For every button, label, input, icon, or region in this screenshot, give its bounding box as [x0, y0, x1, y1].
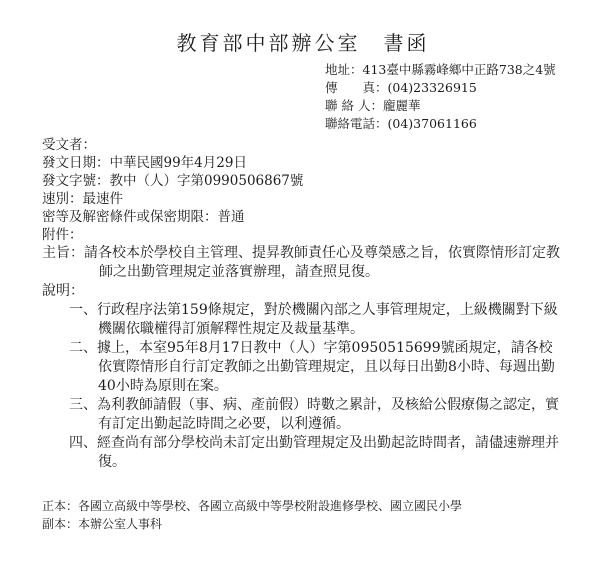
security-value: 普通	[218, 209, 245, 225]
phone-label: 聯絡電話：	[325, 116, 388, 131]
original-copy-label: 正本：	[42, 499, 78, 513]
issue-date-value: 中華民國99年4月29日	[110, 155, 247, 171]
description-item-number: 三、	[69, 397, 97, 413]
carbon-copy-value: 本辦公室人事科	[78, 517, 162, 531]
document-meta-block: 受文者： 發文日期：中華民國99年4月29日 發文字號：教中（人）字第09905…	[42, 136, 564, 244]
phone-value: (04)37061166	[388, 116, 477, 131]
address-label: 地址：	[325, 62, 363, 77]
address-line: 地址：413臺中縣霧峰鄉中正路738之4號	[325, 61, 564, 79]
issue-date-line: 發文日期：中華民國99年4月29日	[42, 154, 564, 172]
subject-label: 主旨：	[42, 245, 84, 261]
description-label: 說明：	[42, 282, 564, 301]
doc-number-line: 發文字號：教中（人）字第0990506867號	[42, 172, 564, 190]
description-item-text: 行政程序法第159條規定，對於機關內部之人事管理規定，上級機關對下級機關依職權得…	[97, 302, 558, 337]
carbon-copy-line: 副本：本辦公室人事科	[42, 516, 564, 534]
description-item-number: 一、	[69, 302, 97, 318]
issue-date-label: 發文日期：	[42, 155, 110, 171]
recipient-line: 受文者：	[42, 136, 564, 154]
phone-line: 聯絡電話：(04)37061166	[325, 115, 564, 133]
priority-label: 速別：	[42, 191, 83, 207]
subject-paragraph: 主旨：請各校本於學校自主管理、提昇教師責任心及尊榮感之旨，依實際情形訂定教師之出…	[42, 244, 564, 282]
attachment-line: 附件：	[42, 226, 564, 244]
doc-number-value: 教中（人）字第0990506867號	[110, 173, 304, 189]
sender-info-block: 地址：413臺中縣霧峰鄉中正路738之4號 傳 真：(04)23326915 聯…	[325, 61, 564, 133]
description-item: 三、為利教師請假（事、病、產前假）時數之累計，及核給公假療傷之認定，實有訂定出勤…	[69, 396, 564, 434]
contact-value: 龐麗華	[383, 98, 421, 113]
fax-value: (04)23326915	[388, 80, 477, 95]
carbon-copy-label: 副本：	[42, 517, 78, 531]
distribution-block: 正本：各國立高級中等學校、各國立高級中等學校附設進修學校、國立國民小學 副本：本…	[42, 498, 564, 533]
document-page: 教育部中部辦公室 書函 地址：413臺中縣霧峰鄉中正路738之4號 傳 真：(0…	[0, 0, 600, 566]
description-item: 二、據上，本室95年8月17日教中（人）字第0950515699號函規定，請各校…	[69, 339, 564, 396]
description-item-text: 經查尚有部分學校尚未訂定出勤管理規定及出勤起訖時間者，請儘速辦理并復。	[97, 435, 559, 470]
fax-label: 傳 真：	[325, 80, 388, 95]
subject-text: 請各校本於學校自主管理、提昇教師責任心及尊榮感之旨，依實際情形訂定教師之出勤管理…	[84, 245, 560, 280]
description-list: 一、行政程序法第159條規定，對於機關內部之人事管理規定，上級機關對下級機關依職…	[69, 301, 564, 472]
contact-line: 聯 絡 人：龐麗華	[325, 97, 564, 115]
contact-label: 聯 絡 人：	[325, 98, 383, 113]
security-label: 密等及解密條件或保密期限：	[42, 209, 218, 225]
description-item-number: 二、	[69, 340, 97, 356]
security-line: 密等及解密條件或保密期限：普通	[42, 208, 564, 226]
description-item-text: 據上，本室95年8月17日教中（人）字第0950515699號函規定，請各校依實…	[97, 340, 555, 394]
original-copy-line: 正本：各國立高級中等學校、各國立高級中等學校附設進修學校、國立國民小學	[42, 498, 564, 516]
original-copy-value: 各國立高級中等學校、各國立高級中等學校附設進修學校、國立國民小學	[78, 499, 462, 513]
priority-line: 速別：最速件	[42, 190, 564, 208]
priority-value: 最速件	[83, 191, 124, 207]
description-item-text: 為利教師請假（事、病、產前假）時數之累計，及核給公假療傷之認定，實有訂定出勤起訖…	[97, 397, 559, 432]
description-item-number: 四、	[69, 435, 97, 451]
doc-number-label: 發文字號：	[42, 173, 110, 189]
description-item: 一、行政程序法第159條規定，對於機關內部之人事管理規定，上級機關對下級機關依職…	[69, 301, 564, 339]
attachment-label: 附件：	[42, 227, 83, 243]
address-value: 413臺中縣霧峰鄉中正路738之4號	[363, 62, 556, 77]
document-body: 主旨：請各校本於學校自主管理、提昇教師責任心及尊榮感之旨，依實際情形訂定教師之出…	[42, 244, 564, 472]
fax-line: 傳 真：(04)23326915	[325, 79, 564, 97]
document-title: 教育部中部辦公室 書函	[42, 30, 564, 56]
description-item: 四、經查尚有部分學校尚未訂定出勤管理規定及出勤起訖時間者，請儘速辦理并復。	[69, 434, 564, 472]
recipient-label: 受文者：	[42, 137, 96, 153]
